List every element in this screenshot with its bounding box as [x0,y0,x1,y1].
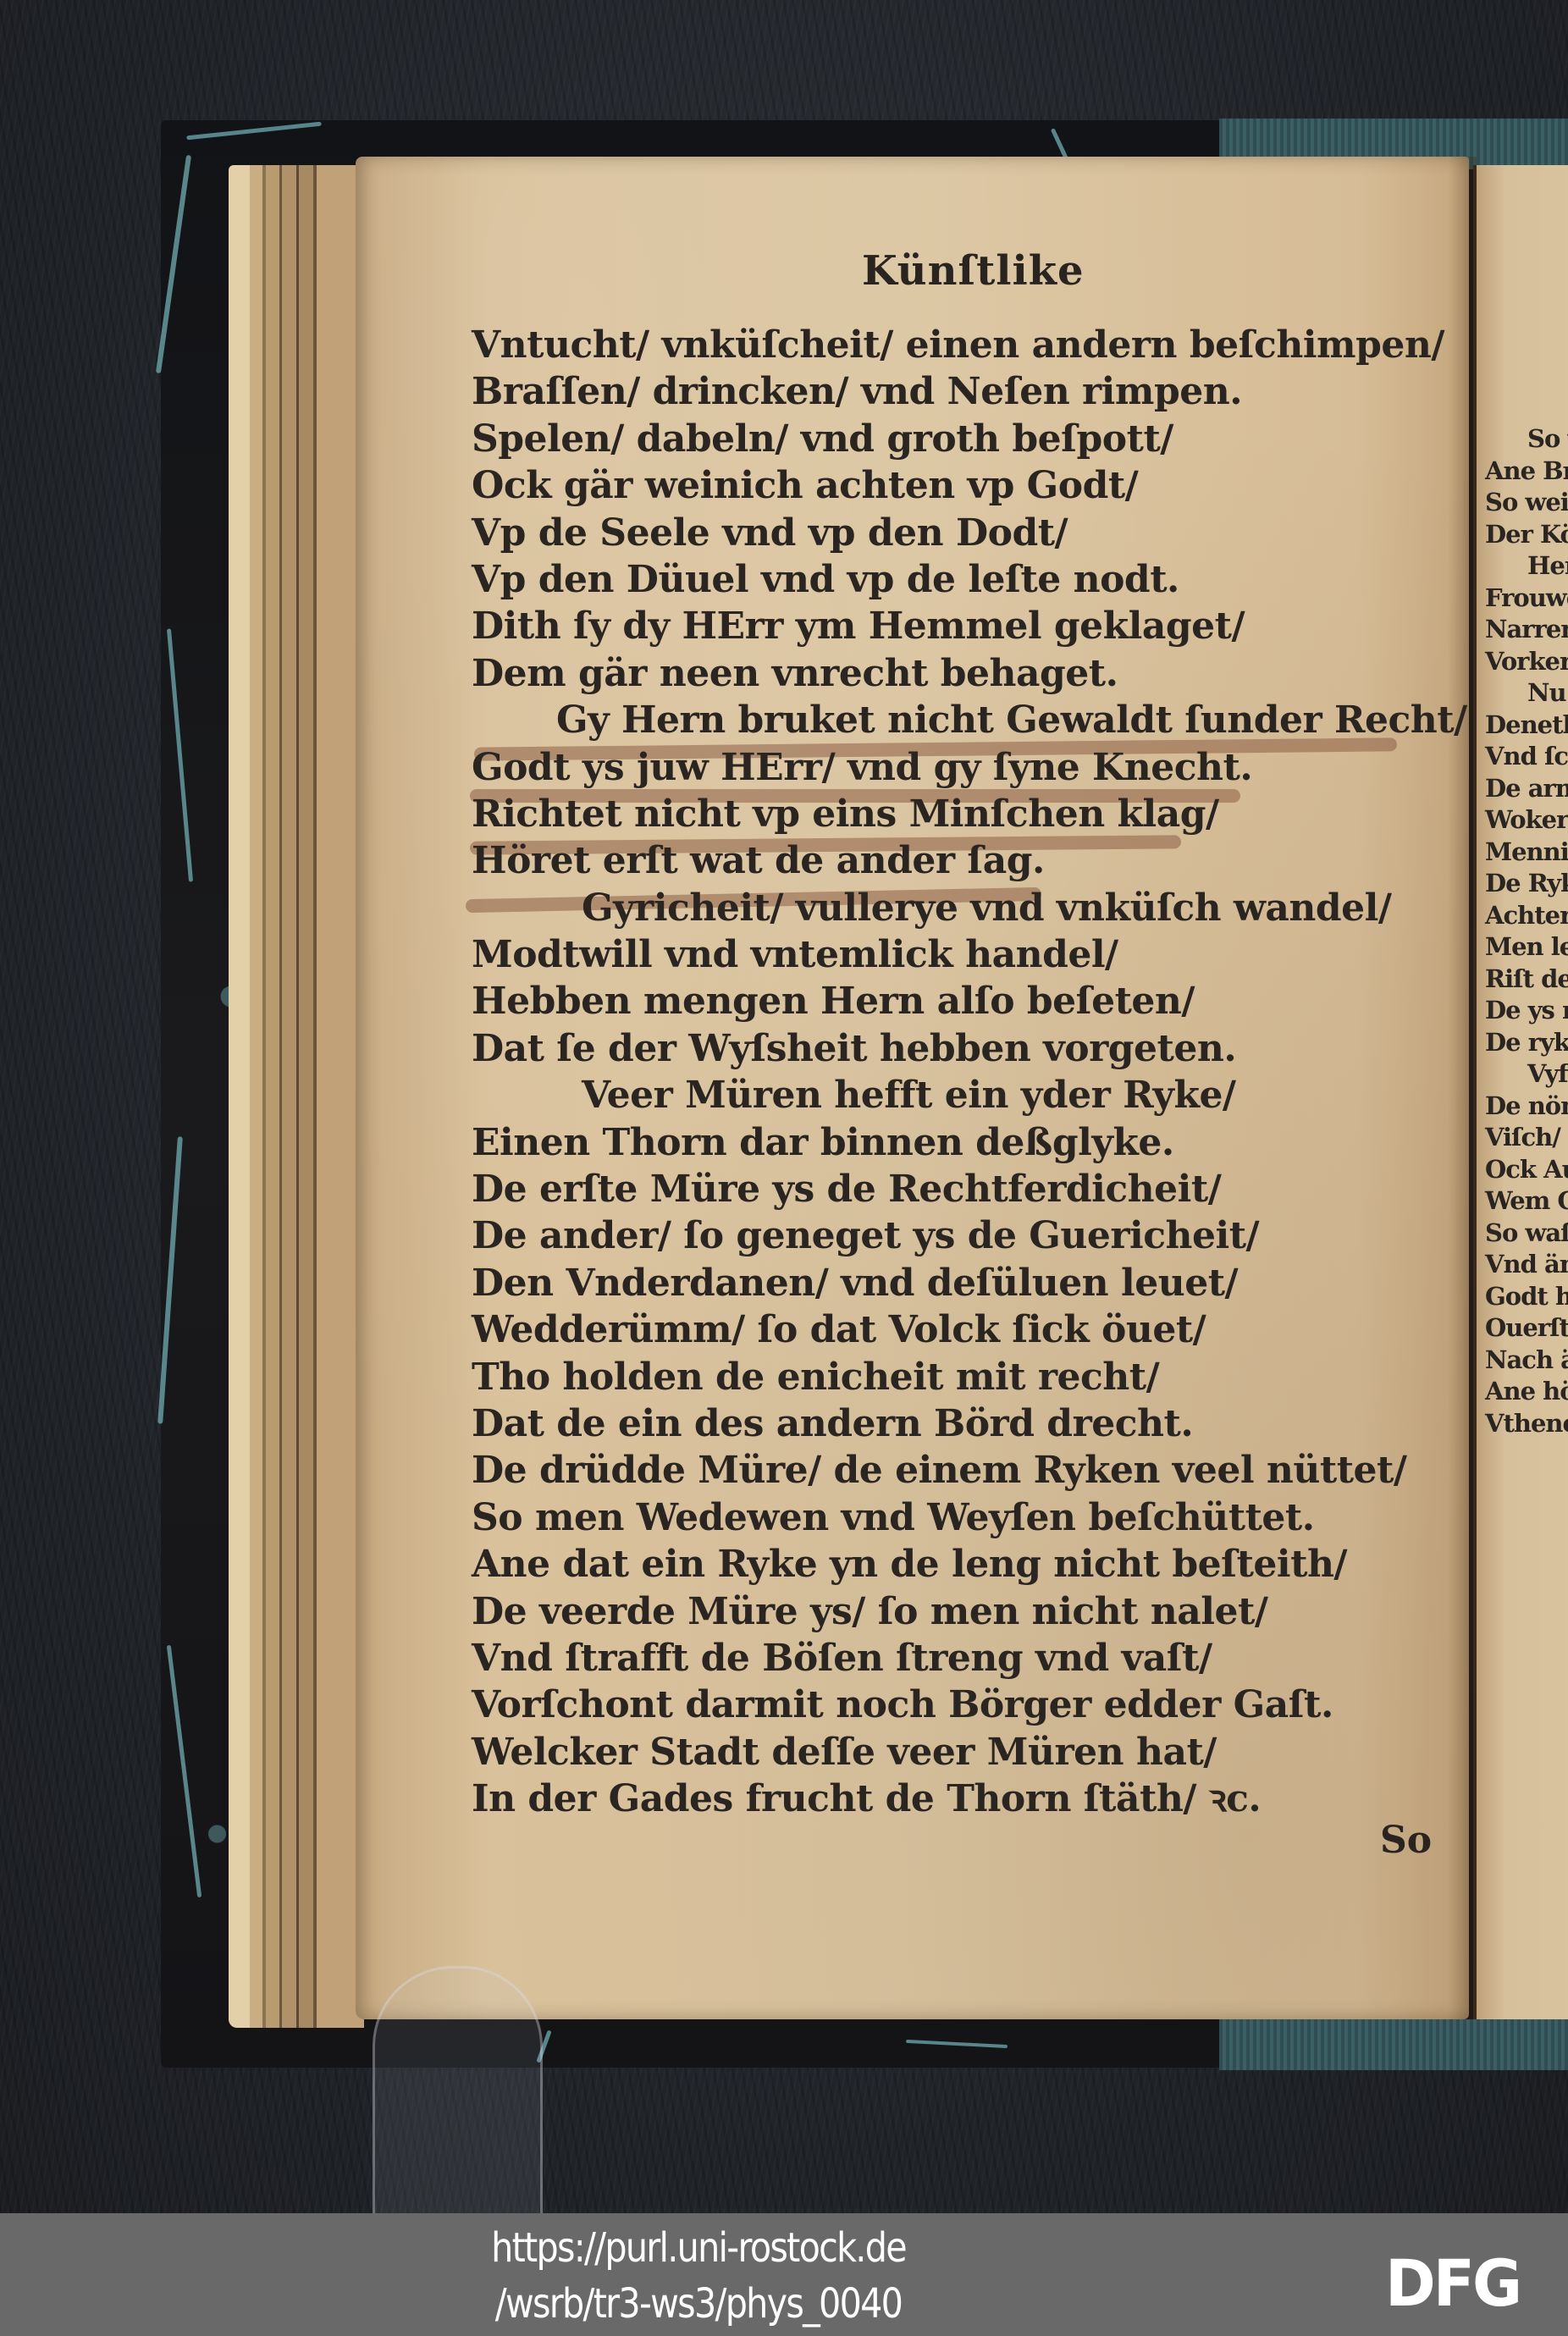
text-line: Dat de ein des andern Börd drecht. [472,1400,1445,1447]
facing-line: Denetlike [1485,710,1568,742]
facing-line: Frouwen l [1485,583,1568,615]
text-line: Dat ſe der Wyſsheit hebben vorgeten. [472,1025,1445,1072]
footer-bar: https://purl.uni-rostock.de /wsrb/tr3-ws… [0,2213,1568,2336]
facing-line: Riſt de N [1485,964,1568,996]
permalink[interactable]: https://purl.uni-rostock.de /wsrb/tr3-ws… [98,2220,1300,2332]
text-line: De veerde Müre ys/ ſo men nicht nalet/ [472,1588,1445,1635]
text-line: Vp de Seele vnd vp den Dodt/ [472,510,1445,556]
facing-line: So weinich [1485,487,1568,519]
facing-line: Achter ni [1485,900,1568,932]
dfg-logo: DFG [1385,2246,1520,2321]
text-line: Gyricheit/ vullerye vnd vnküſch wandel/ [472,885,1445,931]
facing-line: Men leth [1485,931,1568,964]
facing-line: Vthenen [1485,1408,1568,1440]
facing-line: Ouerſt v [1485,1312,1568,1345]
facing-line: De nömet [1485,1091,1568,1123]
facing-line: So w [1485,423,1568,456]
marbling-vein [906,2040,1008,2048]
text-line: Tho holden de enicheit mit recht/ [472,1354,1445,1400]
text-line: Modtwill vnd vntemlick handel/ [472,931,1445,978]
facing-line: Vnd ſchlan [1485,741,1568,773]
text-line: In der Gades frucht de Thorn ſtäth/ ꝛc. [472,1775,1445,1822]
page-text: Vntucht/ vnküſcheit/ einen andern beſchi… [472,322,1445,1823]
facing-line: Vorkern ſi [1485,646,1568,678]
text-line: De erſte Müre ys de Rechtferdicheit/ [472,1166,1445,1212]
text-line: Gy Hern bruket nicht Gewaldt ſunder Rech… [472,697,1445,743]
facing-line: Vyff [1485,1058,1568,1091]
marbling-vein [186,122,322,141]
facing-line: Woker vn [1485,804,1568,837]
text-line: Vp den Düuel vnd vp de leſte nodt. [472,556,1445,603]
permalink-line-2: /wsrb/tr3-ws3/phys_0040 [98,2276,1300,2332]
text-line: Wedderümm/ ſo dat Volck ſick öuet/ [472,1306,1445,1353]
cloth-spine-bottom [1219,2019,1568,2070]
text-line: Ane dat ein Ryke yn de leng nicht beſtei… [472,1541,1445,1588]
text-line: Den Vnderdanen/ vnd deſüluen leuet/ [472,1260,1445,1306]
facing-line: De ys mit [1485,995,1568,1027]
text-line: Dem gär neen vnrecht behaget. [472,650,1445,697]
text-line: Spelen/ dabeln/ vnd groth beſpott/ [472,416,1445,462]
facing-page-text: So w Ane Brodt So weinich Der Köning Her… [1485,423,1568,1439]
facing-line: Vnd än g [1485,1249,1568,1281]
catchword: So [1380,1819,1432,1862]
text-line: Vntucht/ vnküſcheit/ einen andern beſchi… [472,322,1445,368]
facing-line: Ock Auer [1485,1154,1568,1186]
facing-line: Narren/ N [1485,614,1568,646]
facing-line: De Ryke [1485,868,1568,900]
running-head: Künſtlike [862,247,1085,295]
text-line: Braſſen/ drincken/ vnd Neſen rimpen. [472,368,1445,415]
gutter-shadow [1448,157,1477,2019]
facing-line: Wem Go [1485,1185,1568,1218]
text-line: Welcker Stadt deſſe veer Müren hat/ [472,1729,1445,1775]
text-line: Godt ys juw HErr/ vnd gy ſyne Knecht. [472,744,1445,791]
facing-line: Nu fr [1485,677,1568,710]
text-line: De drüdde Müre/ de einem Ryken veel nütt… [472,1447,1445,1494]
facing-line: Heren [1485,550,1568,583]
facing-line: Mennich v [1485,837,1568,869]
permalink-line-1: https://purl.uni-rostock.de [98,2220,1300,2276]
facing-line: Ane höpe [1485,1376,1568,1408]
text-line: De ander/ ſo geneget ys de Guericheit/ [472,1212,1445,1259]
facing-line: De ryke w [1485,1027,1568,1059]
text-line: Ock gär weinich achten vp Godt/ [472,462,1445,509]
text-line: Dith ſy dy HErr ym Hemmel geklaget/ [472,603,1445,649]
marbling-vein [167,628,193,881]
clear-page-holder [373,1966,543,2223]
text-line: Einen Thorn dar binnen deßglyke. [472,1119,1445,1166]
facing-line: Godt heff [1485,1281,1568,1313]
marbling-vein [156,155,191,373]
text-line: So men Wedewen vnd Weyſen beſchüttet. [472,1494,1445,1541]
facing-line: Viſch/ Ho [1485,1122,1568,1154]
facing-line: De armod [1485,773,1568,805]
text-line: Vorſchont darmit noch Börger edder Gaſt. [472,1682,1445,1728]
text-line: Hebben mengen Hern alſo beſeten/ [472,978,1445,1024]
marbling-vein [167,1645,202,1897]
text-line: Höret erſt wat de ander ſag. [472,837,1445,884]
text-line: Veer Müren hefft ein yder Ryke/ [472,1072,1445,1118]
text-line: Richtet nicht vp eins Minſchen klag/ [472,791,1445,837]
facing-line: So waſſe [1485,1218,1568,1250]
text-line: Vnd ſtrafft de Böſen ſtreng vnd vaſt/ [472,1635,1445,1682]
facing-page-fragment: So w Ane Brodt So weinich Der Köning Her… [1473,165,1568,2019]
marbling-vein [157,1136,183,1424]
page-edges [229,165,364,2028]
facing-line: Ane Brodt [1485,456,1568,488]
facing-line: Der Köning [1485,519,1568,551]
facing-line: Nach än [1485,1345,1568,1377]
